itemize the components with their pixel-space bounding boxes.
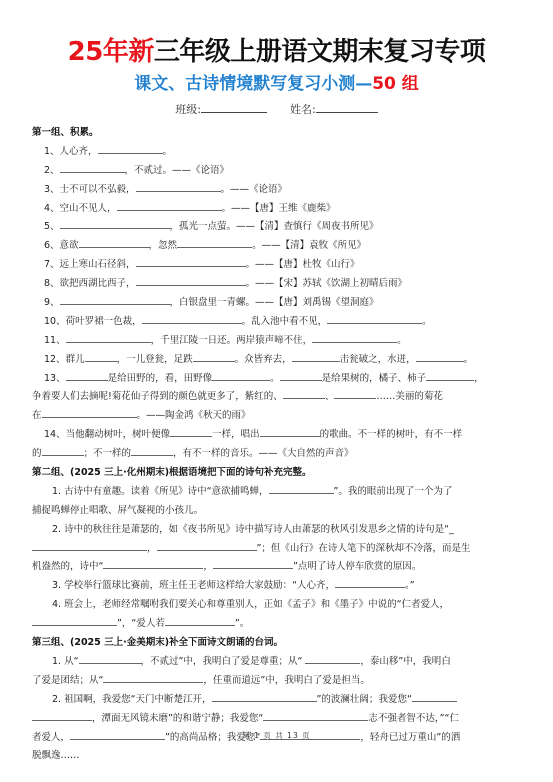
question-text: ，忽然 bbox=[149, 240, 178, 251]
question-line: 2. 诗中的秋往往是萧瑟的，如《夜书所见》诗中描写诗人由萧瑟的秋风引发思乡之情的… bbox=[32, 521, 494, 540]
question-line: 在。——陶金鸿《秋天的雨》 bbox=[32, 407, 494, 426]
question-text: 1. 古诗中有童趣。读着《所见》诗中“意欲捕鸣蝉， bbox=[52, 486, 269, 497]
question-line: 11、，千里江陵一日还。两岸猿声啼不住，。 bbox=[32, 332, 494, 351]
answer-blank[interactable] bbox=[79, 653, 141, 664]
question-text: ， bbox=[147, 543, 157, 554]
question-line: 1. 古诗中有童趣。读着《所见》诗中“意欲捕鸣蝉，”。我的眼前出现了一个为了 bbox=[32, 483, 494, 502]
question-text: ；不一样的 bbox=[84, 448, 132, 459]
question-line: 2、，不贰过。——《论语》 bbox=[32, 162, 494, 181]
question-text: ”。我的眼前出现了一个为了 bbox=[334, 486, 453, 497]
answer-blank[interactable] bbox=[32, 615, 117, 626]
answer-blank[interactable] bbox=[334, 388, 376, 399]
answer-blank[interactable] bbox=[79, 237, 149, 248]
question-text: ，一儿登瓮，足跌 bbox=[117, 354, 193, 365]
question-text: 。——【宋】苏轼《饮湖上初晴后雨》 bbox=[246, 278, 408, 289]
answer-blank[interactable] bbox=[136, 275, 246, 286]
question-text: 争着要人们去摘呢!菊花仙子得到的颜色就更多了，紫红的、 bbox=[32, 391, 283, 402]
question-text: 。——【清】袁牧《所见》 bbox=[252, 240, 366, 251]
question-text: 。——《论语》 bbox=[221, 184, 288, 195]
answer-blank[interactable] bbox=[335, 577, 405, 588]
answer-blank[interactable] bbox=[212, 691, 317, 702]
question-text: 14、当他翻动树叶，树叶便像 bbox=[44, 429, 170, 440]
answer-blank[interactable] bbox=[269, 483, 334, 494]
question-line: 争着要人们去摘呢!菊花仙子得到的颜色就更多了，紫红的、、……美丽的菊花 bbox=[32, 388, 494, 407]
answer-blank[interactable] bbox=[263, 710, 368, 721]
question-text: 6、意欲 bbox=[44, 240, 79, 251]
question-text: 。 bbox=[422, 316, 432, 327]
question-line: 的；不一样的，有不一样的音乐。——《大自然的声音》 bbox=[32, 445, 494, 464]
question-text: ，潭面无风镜未磨”的和谐宁静；我爱您“ bbox=[92, 713, 263, 724]
question-text: ”点明了诗人停车欣赏的原因。 bbox=[293, 561, 421, 572]
name-field[interactable] bbox=[316, 102, 378, 113]
question-text: 13、 bbox=[44, 373, 66, 384]
question-text: ，有不一样的音乐。——《大自然的声音》 bbox=[173, 448, 354, 459]
question-line: 14、当他翻动树叶，树叶便像一样，唱出的歌曲。不一样的树叶，有不一样 bbox=[32, 426, 494, 445]
question-text: 5、 bbox=[44, 221, 60, 232]
question-text: 4. 班会上，老师经常嘱咐我们要关心和尊重别人，正如《孟子》和《墨子》中说的“仁… bbox=[52, 599, 449, 610]
question-text: 脱飘逸…… bbox=[32, 750, 80, 761]
question-line: 7、远上寒山石径斜，。——【唐】杜牧《山行》 bbox=[32, 256, 494, 275]
answer-blank[interactable] bbox=[327, 313, 422, 324]
question-line: 4、空山不见人，。——【唐】王维《鹿柴》 bbox=[32, 200, 494, 219]
question-text: ， bbox=[474, 373, 484, 384]
answer-blank[interactable] bbox=[85, 351, 117, 362]
question-text: ，任重而道远”中，我明白了爱是担当。 bbox=[203, 675, 369, 686]
question-line: 10、荷叶罗裙一色裁，。乱入池中看不见，。 bbox=[32, 313, 494, 332]
answer-blank[interactable] bbox=[103, 558, 203, 569]
answer-blank[interactable] bbox=[260, 426, 320, 437]
page-number: 第 1 页 共 13 页 bbox=[0, 730, 553, 741]
question-text: 是给果树的，橘子、柿子 bbox=[322, 373, 427, 384]
question-text: 3. 学校举行篮球比赛前，班主任王老师这样给大家鼓励：“人心齐， bbox=[52, 580, 335, 591]
section-3-items: 1. 从“，不贰过”中，我明白了爱是尊重；从“ ，泰山移”中，我明白了爱是团结；… bbox=[32, 653, 494, 766]
section-heading-2: 第二组、(2025 三上·化州期末)根据语境把下面的诗句补充完整。 bbox=[32, 464, 494, 483]
name-label: 姓名: bbox=[290, 103, 316, 116]
question-line: 了爱是团结；从“，任重而道远”中，我明白了爱是担当。 bbox=[32, 672, 494, 691]
answer-blank[interactable] bbox=[32, 540, 147, 551]
question-text: 。——陶金鸿《秋天的雨》 bbox=[137, 410, 251, 421]
question-text: 10、荷叶罗裙一色裁， bbox=[44, 316, 142, 327]
answer-blank[interactable] bbox=[416, 351, 464, 362]
question-text: 捕捉鸣蝉停止唱歌、屏气凝视的小孩儿。 bbox=[32, 505, 203, 516]
question-text: ，千里江陵一日还。两岸猿声啼不住， bbox=[151, 335, 313, 346]
question-text: 机盎然的，诗中“ bbox=[32, 561, 103, 572]
question-text: 。——【唐】杜牧《山行》 bbox=[246, 259, 360, 270]
question-line: ，潭面无风镜未磨”的和谐宁静；我爱您“志不强者智不达，”“仁 bbox=[32, 710, 494, 729]
question-text: ”；但《山行》在诗人笔下的深秋却不冷落，而是生 bbox=[257, 543, 471, 554]
question-text: ，白银盘里一青螺。——【唐】刘禹锡《望洞庭》 bbox=[170, 297, 379, 308]
class-label: 班级: bbox=[175, 103, 201, 116]
question-line: 2. 祖国啊，我爱您“天门中断楚江开，”的波澜壮阔；我爱您“ bbox=[32, 691, 494, 710]
question-text: ，不贰过”中，我明白了爱是尊重；从“ bbox=[141, 656, 306, 667]
question-line: 机盎然的，诗中“，”点明了诗人停车欣赏的原因。 bbox=[32, 558, 494, 577]
question-line: 1、人心齐，。 bbox=[32, 143, 494, 162]
subtitle-main: 课文、古诗情境默写复习小测— bbox=[134, 74, 372, 94]
question-text: ”。 bbox=[235, 618, 249, 629]
question-line: 6、意欲，忽然。——【清】袁牧《所见》 bbox=[32, 237, 494, 256]
answer-blank[interactable] bbox=[66, 332, 151, 343]
worksheet-content: 第一组、积累。 1、人心齐，。2、，不贰过。——《论语》3、士不可以不弘毅，。—… bbox=[32, 124, 494, 766]
answer-blank[interactable] bbox=[60, 162, 125, 173]
question-text: ”，“爱人若 bbox=[117, 618, 165, 629]
question-text: ……美丽的菊花 bbox=[376, 391, 443, 402]
question-text: 。众皆弃去， bbox=[235, 354, 292, 365]
answer-blank[interactable] bbox=[213, 558, 293, 569]
question-line: 4. 班会上，老师经常嘱咐我们要关心和尊重别人，正如《孟子》和《墨子》中说的“仁… bbox=[32, 596, 494, 615]
question-text: 2、 bbox=[44, 165, 60, 176]
question-text: 是给田野的，看，田野像 bbox=[108, 373, 213, 384]
question-text: 4、空山不见人， bbox=[44, 203, 117, 214]
question-line: 3、士不可以不弘毅，。——《论语》 bbox=[32, 181, 494, 200]
class-field[interactable] bbox=[201, 102, 267, 113]
question-text: 1. 从“ bbox=[52, 656, 79, 667]
answer-blank[interactable] bbox=[60, 218, 170, 229]
question-text: 志不强者智不达，”“仁 bbox=[368, 713, 459, 724]
question-text: 、 bbox=[325, 391, 335, 402]
subtitle-count: 50 组 bbox=[372, 74, 419, 94]
answer-blank[interactable] bbox=[32, 710, 92, 721]
question-line: 12、群儿，一儿登瓮，足跌。众皆弃去，击瓮破之，水迸，。 bbox=[32, 351, 494, 370]
question-text: 。 bbox=[163, 146, 173, 157]
question-text: 击瓮破之，水迸， bbox=[340, 354, 416, 365]
answer-blank[interactable] bbox=[426, 370, 474, 381]
answer-blank[interactable] bbox=[170, 426, 212, 437]
answer-blank[interactable] bbox=[103, 672, 203, 683]
question-line: 3. 学校举行篮球比赛前，班主任王老师这样给大家鼓励：“人心齐，。” bbox=[32, 577, 494, 596]
question-text: 。 bbox=[270, 373, 280, 384]
question-text: 。 bbox=[397, 335, 407, 346]
answer-blank[interactable] bbox=[177, 237, 252, 248]
page-title: 25年新三年级上册语文期末复习专项 bbox=[0, 36, 553, 68]
question-text: 一样，唱出 bbox=[212, 429, 260, 440]
question-text: 的 bbox=[32, 448, 42, 459]
answer-blank[interactable] bbox=[312, 332, 397, 343]
question-text: 2. 祖国啊，我爱您“天门中断楚江开， bbox=[52, 694, 212, 705]
answer-blank[interactable] bbox=[136, 181, 221, 192]
student-info: 班级: 姓名: bbox=[0, 101, 553, 117]
question-text: ，不贰过。——《论语》 bbox=[125, 165, 230, 176]
page-subtitle: 课文、古诗情境默写复习小测—50 组 bbox=[0, 73, 553, 95]
question-text: 。乱入池中看不见， bbox=[242, 316, 328, 327]
question-text: 12、群儿 bbox=[44, 354, 85, 365]
answer-blank[interactable] bbox=[42, 445, 84, 456]
question-line: 脱飘逸…… bbox=[32, 747, 494, 766]
section-2-items: 1. 古诗中有童趣。读着《所见》诗中“意欲捕鸣蝉，”。我的眼前出现了一个为了捕捉… bbox=[32, 483, 494, 634]
question-line: 1. 从“，不贰过”中，我明白了爱是尊重；从“ ，泰山移”中，我明白 bbox=[32, 653, 494, 672]
answer-blank[interactable] bbox=[292, 351, 340, 362]
question-line: ，”；但《山行》在诗人笔下的深秋却不冷落，而是生 bbox=[32, 540, 494, 559]
answer-blank[interactable] bbox=[142, 313, 242, 324]
answer-blank[interactable] bbox=[280, 370, 322, 381]
question-text: 1、人心齐， bbox=[44, 146, 98, 157]
answer-blank[interactable] bbox=[305, 653, 360, 664]
answer-blank[interactable] bbox=[66, 370, 108, 381]
question-text: ”的波澜壮阔；我爱您“ bbox=[317, 694, 412, 705]
question-line: ”，“爱人若”。 bbox=[32, 615, 494, 634]
question-line: 13、是给田野的，看，田野像。是给果树的，橘子、柿子， bbox=[32, 370, 494, 389]
question-text: 在 bbox=[32, 410, 42, 421]
answer-blank[interactable] bbox=[412, 691, 457, 702]
question-text: 的歌曲。不一样的树叶，有不一样 bbox=[320, 429, 463, 440]
question-text: 。——【唐】王维《鹿柴》 bbox=[222, 203, 336, 214]
answer-blank[interactable] bbox=[42, 407, 137, 418]
section-heading-1: 第一组、积累。 bbox=[32, 124, 494, 143]
question-line: 8、欲把西湖比西子，。——【宋】苏轼《饮湖上初晴后雨》 bbox=[32, 275, 494, 294]
section-heading-3: 第三组、(2025 三上·金美期末)补全下面诗文朗诵的台词。 bbox=[32, 634, 494, 653]
question-text: 。” bbox=[405, 580, 415, 591]
answer-blank[interactable] bbox=[131, 445, 173, 456]
answer-blank[interactable] bbox=[212, 370, 270, 381]
question-text: 。 bbox=[464, 354, 474, 365]
question-text: 11、 bbox=[44, 335, 66, 346]
answer-blank[interactable] bbox=[157, 540, 257, 551]
answer-blank[interactable] bbox=[136, 256, 246, 267]
question-text: 了爱是团结；从“ bbox=[32, 675, 103, 686]
section-1-items: 1、人心齐，。2、，不贰过。——《论语》3、士不可以不弘毅，。——《论语》4、空… bbox=[32, 143, 494, 464]
question-text: ， bbox=[203, 561, 213, 572]
question-text: 3、士不可以不弘毅， bbox=[44, 184, 136, 195]
answer-blank[interactable] bbox=[283, 388, 325, 399]
question-text: ，泰山移”中，我明白 bbox=[360, 656, 450, 667]
question-line: 9、，白银盘里一青螺。——【唐】刘禹锡《望洞庭》 bbox=[32, 294, 494, 313]
question-text: 2. 诗中的秋往往是萧瑟的，如《夜书所见》诗中描写诗人由萧瑟的秋风引发思乡之情的… bbox=[52, 524, 454, 535]
answer-blank[interactable] bbox=[117, 200, 222, 211]
question-line: 5、，孤光一点萤。——【清】查慎行《周夜书所见》 bbox=[32, 218, 494, 237]
question-text: ，孤光一点萤。——【清】查慎行《周夜书所见》 bbox=[170, 221, 379, 232]
title-highlight: 25年新 bbox=[68, 37, 154, 67]
question-text: 8、欲把西湖比西子， bbox=[44, 278, 136, 289]
question-line: 捕捉鸣蝉停止唱歌、屏气凝视的小孩儿。 bbox=[32, 502, 494, 521]
answer-blank[interactable] bbox=[60, 294, 170, 305]
answer-blank[interactable] bbox=[193, 351, 235, 362]
answer-blank[interactable] bbox=[165, 615, 235, 626]
question-text: 7、远上寒山石径斜， bbox=[44, 259, 136, 270]
title-main: 三年级上册语文期末复习专项 bbox=[154, 37, 486, 67]
question-text: 9、 bbox=[44, 297, 60, 308]
answer-blank[interactable] bbox=[98, 143, 163, 154]
